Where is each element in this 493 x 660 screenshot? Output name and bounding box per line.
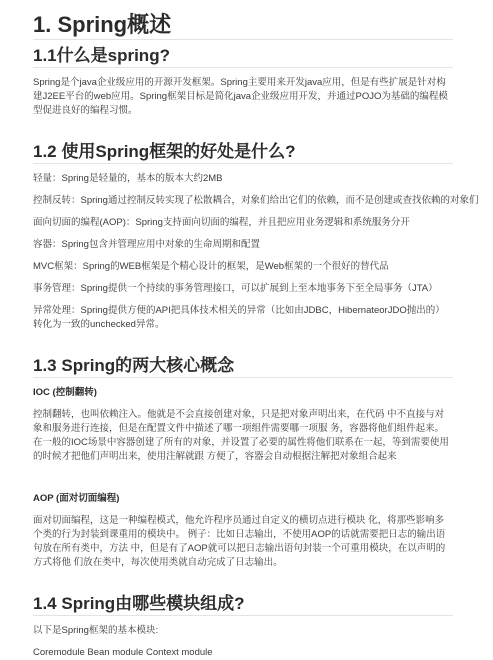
section-1-1-heading: 1.1什么是spring?: [33, 46, 453, 68]
doc-title: 1. Spring概述: [33, 12, 453, 40]
section-1-2-heading: 1.2 使用Spring框架的好处是什么?: [33, 142, 453, 164]
modules-list-paragraph: Coremodule Bean module Context module: [33, 646, 453, 660]
aop-paragraph: 面对切面编程，这是一种编程模式，他允许程序员通过自定义的横切点进行模块 化，将那…: [33, 514, 453, 570]
section-1-1-paragraph: Spring是个java企业级应用的开源开发框架。Spring主要用来开发jav…: [33, 76, 453, 118]
benefit-item-aop: 面向切面的编程(AOP)：Spring支持面向切面的编程，并且把应用业务逻辑和系…: [33, 216, 453, 230]
benefit-item-exception: 异常处理：Spring提供方便的API把具体技术相关的异常（比如由JDBC，Hi…: [33, 304, 453, 332]
section-1-3-heading: 1.3 Spring的两大核心概念: [33, 356, 453, 378]
section-1-4-heading: 1.4 Spring由哪些模块组成?: [33, 594, 453, 616]
benefit-item-mvc: MVC框架：Spring的WEB框架是个精心设计的框架，是Web框架的一个很好的…: [33, 260, 453, 274]
modules-intro-paragraph: 以下是Spring框架的基本模块:: [33, 624, 453, 638]
benefit-item-ioc: 控制反转：Spring通过控制反转实现了松散耦合，对象们给出它们的依赖，而不是创…: [33, 194, 453, 208]
benefit-item-lightweight: 轻量：Spring是轻量的，基本的版本大约2MB: [33, 172, 453, 186]
ioc-subheading: IOC (控制翻转): [33, 386, 453, 400]
benefit-item-container: 容器：Spring包含并管理应用中对象的生命周期和配置: [33, 238, 453, 252]
aop-subheading: AOP (面对切面编程): [33, 492, 453, 506]
ioc-paragraph: 控制翻转，也叫依赖注入。他就是不会直接创建对象，只是把对象声明出来，在代码 中不…: [33, 408, 453, 464]
benefit-item-transaction: 事务管理：Spring提供一个持续的事务管理接口，可以扩展到上至本地事务下至全局…: [33, 282, 453, 296]
document-page: 1. Spring概述 1.1什么是spring? Spring是个java企业…: [0, 0, 493, 660]
